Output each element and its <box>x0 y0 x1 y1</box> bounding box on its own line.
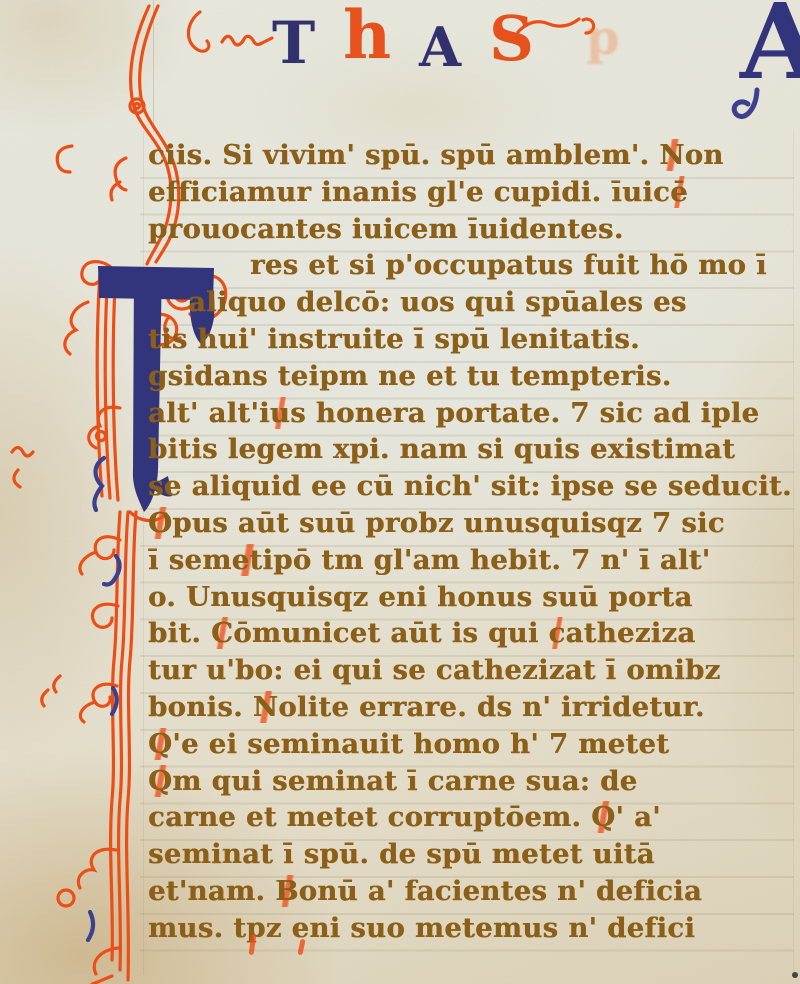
text-block: ciis. Si vivim' spū. spū amblem'. Noneff… <box>148 137 796 947</box>
text-line: gsidans teipm ne et tu tempteris. <box>148 358 796 395</box>
text-line: Opus aūt suū probz unusquisqz 7 sic <box>148 505 796 542</box>
header-letter-S: S <box>489 8 534 74</box>
text-line: bitis legem xpi. nam si quis existimat <box>148 431 796 468</box>
text-line: Qm qui seminat ī carne sua: de <box>148 763 796 800</box>
header-letter-h: h <box>343 2 391 74</box>
text-line: carne et metet corruptōem. Q' a' <box>148 799 796 836</box>
text-line: o. Unusquisqz eni honus suū porta <box>148 579 796 616</box>
text-line: bonis. Nolite errare. ds n' irridetur. <box>148 689 796 726</box>
text-line: efficiamur inanis gl'e cupidi. īuicē <box>148 174 796 211</box>
text-line: tis hui' instruite ī spū lenitatis. <box>148 321 796 358</box>
text-line: Q'e ei seminauit homo h' 7 metet <box>148 726 796 763</box>
ruling-guide-line <box>153 0 154 132</box>
text-line: prouocantes iuicem īuidentes. <box>148 211 796 248</box>
faded-rubric-mark: p <box>586 10 620 66</box>
corner-letter: A <box>740 0 800 94</box>
ink-speck <box>792 972 798 978</box>
text-line: se aliquid ee cū nich' sit: ipse se sedu… <box>148 468 796 505</box>
text-line: mus. tpz eni suo metemus n' defici <box>148 910 796 947</box>
ruling-guide-line <box>143 130 144 975</box>
text-line: ciis. Si vivim' spū. spū amblem'. Non <box>148 137 796 174</box>
header-letter-A: A <box>419 20 461 74</box>
text-line: aliquo delcō: uos qui spūales es <box>188 284 796 321</box>
text-line: et'nam. Bonū a' facientes n' deficia <box>148 873 796 910</box>
header-flourish-left <box>188 12 272 51</box>
text-line: bit. Cōmunicet aūt is qui catheziza <box>148 615 796 652</box>
text-line: alt' alt'ius honera portate. 7 sic ad ip… <box>148 395 796 432</box>
manuscript-page: ThAS p A ciis. Si vivim' spū. spū amblem… <box>0 0 800 984</box>
margin-penwork-band <box>42 512 136 984</box>
running-header: ThAS <box>272 0 534 74</box>
text-line: ī semetipō tm gl'am hebit. 7 n' ī alt' <box>148 542 796 579</box>
text-line: seminat ī spū. de spū metet uitā <box>148 836 796 873</box>
header-letter-T: T <box>272 14 315 74</box>
text-line: tur u'bo: ei qui se cathezizat ī omibz <box>148 652 796 689</box>
text-line: res et si p'occupatus fuit hō mo ī <box>250 247 796 284</box>
